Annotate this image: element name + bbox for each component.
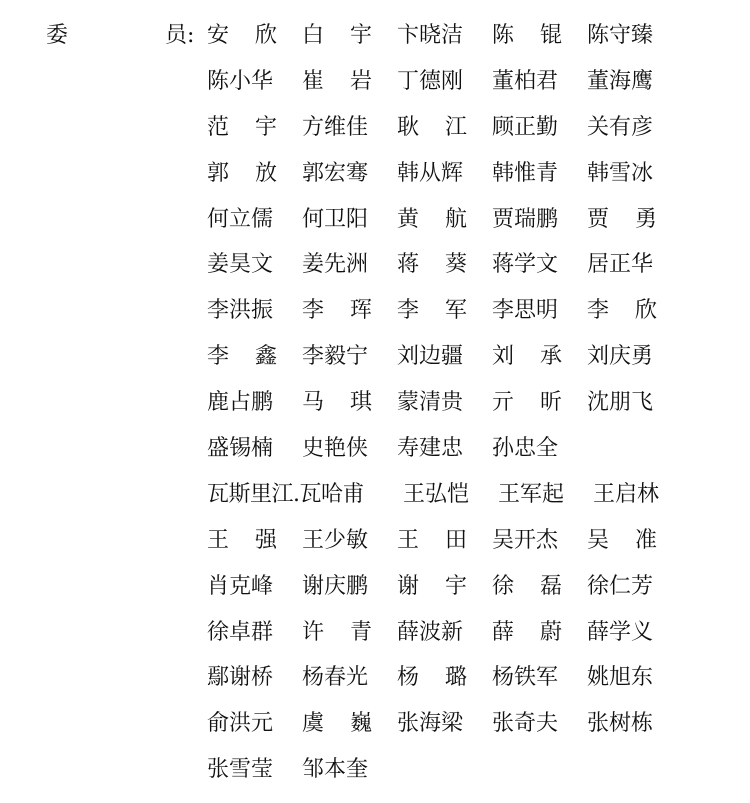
member-name: 郭宏骞 [302,160,397,188]
member-given-name: 承 [540,343,562,371]
member-name: 董柏君 [492,68,587,96]
member-given-name: 巍 [350,710,372,738]
member-name: 蒋学文 [492,251,587,279]
member-name: 鹿占鹏 [207,389,302,417]
member-surname: 王 [207,527,255,555]
member-row: 瓦斯里江.瓦哈甫王弘恺王军起王启林 [207,481,727,527]
member-name: 贾瑞鹏 [492,206,587,234]
member-row: 范宇方维佳耿江顾正勤关有彦 [207,114,727,160]
label-member-char: 员: [165,22,194,50]
member-name: 顾正勤 [492,114,587,142]
member-row: 陈小华崔岩丁德刚董柏君董海鹰 [207,68,727,114]
member-name: 陈锟 [492,22,587,50]
member-surname: 许 [302,619,350,647]
member-row: 肖克峰谢庆鹏谢宇徐磊徐仁芳 [207,573,727,619]
member-surname: 徐 [492,573,540,601]
member-given-name: 航 [445,206,467,234]
member-name: 沈朋飞 [587,389,682,417]
member-row: 姜昊文姜先洲蒋葵蒋学文居正华 [207,251,727,297]
member-name: 耿江 [397,114,492,142]
member-row: 鄢谢桥杨春光杨璐杨铁军姚旭东 [207,664,727,710]
member-name: 姚旭东 [587,664,682,692]
member-surname: 杨 [397,664,445,692]
member-name: 俞洪元 [207,710,302,738]
member-name: 徐磊 [492,573,587,601]
label-committee-char: 委 [46,22,68,50]
member-name: 王田 [397,527,492,555]
member-name: 杨铁军 [492,664,587,692]
member-name: 亓昕 [492,389,587,417]
member-name: 崔岩 [302,68,397,96]
member-given-name: 强 [255,527,277,555]
member-name: 李鑫 [207,343,302,371]
member-name: 吴准 [587,527,682,555]
member-name: 姜昊文 [207,251,302,279]
member-row: 鹿占鹏马琪蒙清贵亓昕沈朋飞 [207,389,727,435]
member-surname: 马 [302,389,350,417]
member-name: 寿建忠 [397,435,492,463]
member-name: 张雪莹 [207,756,302,784]
member-name: 王弘恺 [403,481,498,509]
member-row: 俞洪元虞巍张海梁张奇夫张树栋 [207,710,727,756]
member-name: 李思明 [492,297,587,325]
member-name: 安欣 [207,22,302,50]
member-name: 瓦斯里江.瓦哈甫 [207,481,403,509]
member-surname: 黄 [397,206,445,234]
member-name: 刘庆勇 [587,343,682,371]
member-name: 薛蔚 [492,619,587,647]
member-name: 张海梁 [397,710,492,738]
member-surname: 薛 [492,619,540,647]
member-name: 王军起 [498,481,593,509]
member-surname: 李 [587,297,635,325]
member-name: 马琪 [302,389,397,417]
member-given-name: 鑫 [255,343,277,371]
member-name: 刘承 [492,343,587,371]
member-name: 蒋葵 [397,251,492,279]
member-row: 安欣白宇卞晓洁陈锟陈守臻 [207,22,727,68]
member-name: 居正华 [587,251,682,279]
member-surname: 郭 [207,160,255,188]
member-name: 郭放 [207,160,302,188]
member-given-name: 蔚 [540,619,562,647]
member-roster: 安欣白宇卞晓洁陈锟陈守臻陈小华崔岩丁德刚董柏君董海鹰范宇方维佳耿江顾正勤关有彦郭… [207,22,727,802]
member-name: 张奇夫 [492,710,587,738]
member-given-name: 青 [350,619,372,647]
member-surname: 崔 [302,68,350,96]
member-given-name: 准 [635,527,657,555]
member-name: 谢庆鹏 [302,573,397,601]
member-name: 谢宇 [397,573,492,601]
member-name: 邹本奎 [302,756,397,784]
member-given-name: 欣 [635,297,657,325]
member-given-name: 江 [445,114,467,142]
member-row: 盛锡楠史艳侠寿建忠孙忠全 [207,435,727,481]
member-name: 李珲 [302,297,397,325]
member-name: 杨春光 [302,664,397,692]
member-surname: 王 [397,527,445,555]
member-name: 范宇 [207,114,302,142]
member-name: 陈小华 [207,68,302,96]
member-name: 贾勇 [587,206,682,234]
member-name: 何卫阳 [302,206,397,234]
member-given-name: 璐 [445,664,467,692]
member-name: 徐卓群 [207,619,302,647]
member-name: 蒙清贵 [397,389,492,417]
member-given-name: 勇 [635,206,657,234]
member-given-name: 放 [255,160,277,188]
member-name: 虞巍 [302,710,397,738]
member-list-document: 委 员: 安欣白宇卞晓洁陈锟陈守臻陈小华崔岩丁德刚董柏君董海鹰范宇方维佳耿江顾正… [0,0,750,803]
member-given-name: 岩 [350,68,372,96]
member-name: 刘边疆 [397,343,492,371]
member-name: 徐仁芳 [587,573,682,601]
member-name: 孙忠全 [492,435,587,463]
member-given-name: 宇 [445,573,467,601]
member-given-name: 琪 [350,389,372,417]
member-surname: 吴 [587,527,635,555]
member-surname: 耿 [397,114,445,142]
member-row: 徐卓群许青薛波新薛蔚薛学义 [207,619,727,665]
member-name: 肖克峰 [207,573,302,601]
member-surname: 亓 [492,389,540,417]
member-given-name: 葵 [445,251,467,279]
member-row: 李洪振李珲李军李思明李欣 [207,297,727,343]
member-name: 卞晓洁 [397,22,492,50]
member-name: 关有彦 [587,114,682,142]
member-given-name: 欣 [255,22,277,50]
member-row: 郭放郭宏骞韩从辉韩惟青韩雪冰 [207,160,727,206]
member-surname: 陈 [492,22,540,50]
member-surname: 李 [302,297,350,325]
member-surname: 谢 [397,573,445,601]
member-name: 王启林 [593,481,688,509]
member-name: 姜先洲 [302,251,397,279]
member-name: 薛学义 [587,619,682,647]
member-name: 李军 [397,297,492,325]
member-row: 李鑫李毅宁刘边疆刘承刘庆勇 [207,343,727,389]
member-name: 陈守臻 [587,22,682,50]
member-name: 许青 [302,619,397,647]
member-surname: 刘 [492,343,540,371]
member-surname: 李 [207,343,255,371]
member-surname: 贾 [587,206,635,234]
member-name: 何立儒 [207,206,302,234]
member-name: 杨璐 [397,664,492,692]
member-name: 张树栋 [587,710,682,738]
member-surname: 白 [302,22,350,50]
member-name: 白宇 [302,22,397,50]
member-given-name: 田 [445,527,467,555]
member-row: 张雪莹邹本奎 [207,756,727,802]
member-name: 韩惟青 [492,160,587,188]
member-name: 鄢谢桥 [207,664,302,692]
member-given-name: 锟 [540,22,562,50]
member-name: 李洪振 [207,297,302,325]
member-name: 黄航 [397,206,492,234]
member-row: 何立儒何卫阳黄航贾瑞鹏贾勇 [207,206,727,252]
member-surname: 蒋 [397,251,445,279]
member-surname: 安 [207,22,255,50]
member-name: 李欣 [587,297,682,325]
member-name: 丁德刚 [397,68,492,96]
member-name: 王少敏 [302,527,397,555]
member-name: 盛锡楠 [207,435,302,463]
member-surname: 李 [397,297,445,325]
member-name: 韩从辉 [397,160,492,188]
member-name: 史艳侠 [302,435,397,463]
member-given-name: 宇 [255,114,277,142]
member-name: 薛波新 [397,619,492,647]
member-surname: 虞 [302,710,350,738]
member-given-name: 军 [445,297,467,325]
member-given-name: 宇 [350,22,372,50]
member-surname: 范 [207,114,255,142]
member-name: 韩雪冰 [587,160,682,188]
member-given-name: 昕 [540,389,562,417]
member-name: 吴开杰 [492,527,587,555]
member-name: 李毅宁 [302,343,397,371]
member-name: 方维佳 [302,114,397,142]
member-given-name: 珲 [350,297,372,325]
member-name: 王强 [207,527,302,555]
member-given-name: 磊 [540,573,562,601]
member-name: 董海鹰 [587,68,682,96]
member-row: 王强王少敏王田吴开杰吴准 [207,527,727,573]
